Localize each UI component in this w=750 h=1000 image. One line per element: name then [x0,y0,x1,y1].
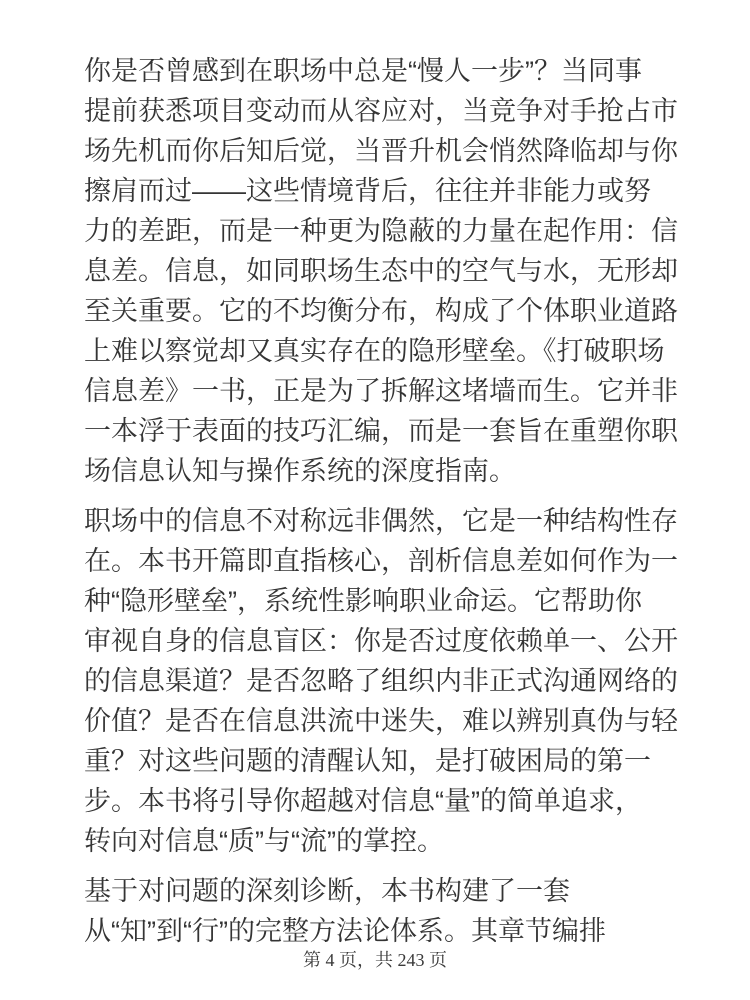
text-line: 步。本书将引导你超越对信息“量”的简单追求， [84,781,676,821]
text-line: 种“隐形壁垒”，系统性影响职业命运。它帮助你 [84,581,676,621]
text-line: 场先机而你后知后觉，当晋升机会悄然降临却与你 [84,131,676,171]
text-line: 至关重要。它的不均衡分布，构成了个体职业道路 [84,291,676,331]
paragraph: 基于对问题的深刻诊断，本书构建了一套从“知”到“行”的完整方法论体系。其章节编排 [84,871,676,951]
text-line: 重？对这些问题的清醒认知，是打破困局的第一 [84,741,676,781]
paragraph: 职场中的信息不对称远非偶然，它是一种结构性存在。本书开篇即直指核心，剖析信息差如… [84,501,676,861]
text-line: 上难以察觉却又真实存在的隐形壁垒。《打破职场 [84,331,676,371]
page-number-footer: 第 4 页，共 243 页 [0,948,750,972]
text-line: 提前获悉项目变动而从容应对，当竞争对手抢占市 [84,91,676,131]
text-line: 的信息渠道？是否忽略了组织内非正式沟通网络的 [84,661,676,701]
text-line: 力的差距，而是一种更为隐蔽的力量在起作用：信 [84,211,676,251]
text-line: 擦肩而过——这些情境背后，往往并非能力或努 [84,171,676,211]
text-line: 转向对信息“质”与“流”的掌控。 [84,821,676,861]
text-line: 从“知”到“行”的完整方法论体系。其章节编排 [84,911,676,951]
text-line: 息差。信息，如同职场生态中的空气与水，无形却 [84,251,676,291]
document-page: 你是否曾感到在职场中总是“慢人一步”？当同事提前获悉项目变动而从容应对，当竞争对… [0,0,750,1000]
text-line: 基于对问题的深刻诊断，本书构建了一套 [84,871,676,911]
text-line: 信息差》一书，正是为了拆解这堵墙而生。它并非 [84,371,676,411]
text-line: 职场中的信息不对称远非偶然，它是一种结构性存 [84,501,676,541]
text-line: 价值？是否在信息洪流中迷失，难以辨别真伪与轻 [84,701,676,741]
paragraph: 你是否曾感到在职场中总是“慢人一步”？当同事提前获悉项目变动而从容应对，当竞争对… [84,51,676,491]
text-line: 一本浮于表面的技巧汇编，而是一套旨在重塑你职 [84,411,676,451]
text-line: 你是否曾感到在职场中总是“慢人一步”？当同事 [84,51,676,91]
page-text-content: 你是否曾感到在职场中总是“慢人一步”？当同事提前获悉项目变动而从容应对，当竞争对… [84,51,676,961]
text-line: 审视自身的信息盲区：你是否过度依赖单一、公开 [84,621,676,661]
text-line: 场信息认知与操作系统的深度指南。 [84,451,676,491]
text-line: 在。本书开篇即直指核心，剖析信息差如何作为一 [84,541,676,581]
